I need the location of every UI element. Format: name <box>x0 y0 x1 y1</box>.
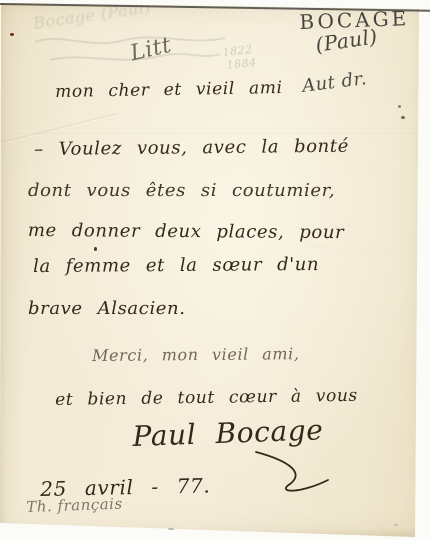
letter-body-line: me donner deux places, pour <box>28 220 344 243</box>
red-fleck <box>10 33 14 36</box>
background-mark <box>168 528 174 530</box>
theatre-francais-pencil-note: Th. français <box>26 495 123 516</box>
letter-paper: Bocage (Paul) Litt 1822 1884 BOCAGE (Pau… <box>0 0 430 540</box>
letter-date: 25 avril - 77. <box>40 473 211 501</box>
erased-scribble <box>30 30 230 80</box>
letter-body-line: dont vous êtes si coutumier, <box>28 180 335 201</box>
letter-closing-line: et bien de tout cœur à vous <box>55 386 358 410</box>
paper-speck <box>401 116 405 119</box>
paper-speck <box>94 247 97 251</box>
letter-body-line: la femme et la sœur d'un <box>33 254 319 277</box>
letter-closing-line: Merci, mon vieil ami, <box>92 344 300 365</box>
faint-date: 1884 <box>226 56 257 72</box>
paper-crease <box>0 133 430 135</box>
letter-salutation: mon cher et vieil ami <box>55 78 283 102</box>
paper-speck <box>398 105 401 108</box>
background-mark <box>394 524 398 526</box>
letter-body-line: – Voulez vous, avec la bonté <box>34 136 349 160</box>
scanned-letter: Bocage (Paul) Litt 1822 1884 BOCAGE (Pau… <box>0 0 430 540</box>
cataloguer-name-line2: (Paul) <box>314 24 379 56</box>
aut-dr-pencil-note: Aut dr. <box>301 68 368 97</box>
letter-body-line: brave Alsacien. <box>28 298 186 319</box>
paper-crease <box>0 112 118 146</box>
paper-crease <box>300 246 430 257</box>
signature-flourish <box>248 448 348 498</box>
